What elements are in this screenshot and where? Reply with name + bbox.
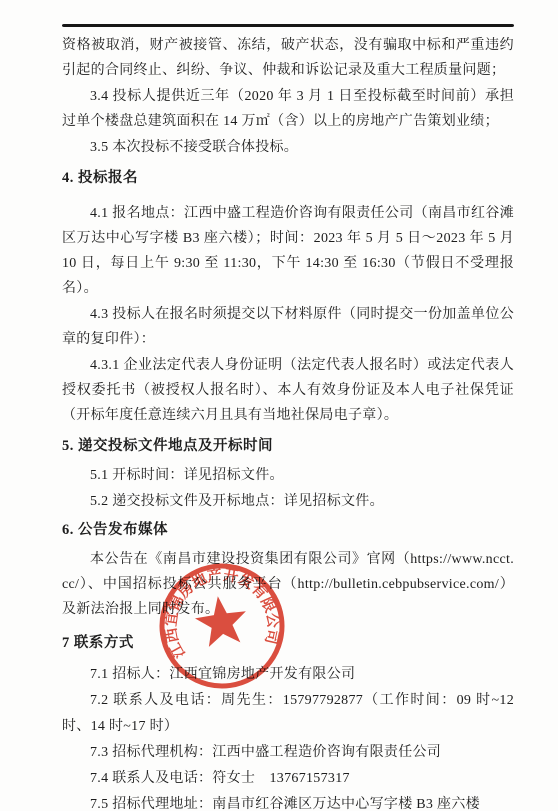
clause-7-2: 7.2 联系人及电话：周先生：15797792877（工作时间：09 时~12 …: [62, 688, 514, 740]
clause-4-3: 4.3 投标人在报名时须提交以下材料原件（同时提交一份加盖单位公章的复印件）：: [62, 302, 514, 352]
clause-4-1: 4.1 报名地点：江西中盛工程造价咨询有限责任公司（南昌市红谷滩区万达中心写字楼…: [62, 201, 514, 301]
clause-3-5: 3.5 本次投标不接受联合体投标。: [62, 135, 514, 160]
clause-7-3: 7.3 招标代理机构：江西中盛工程造价咨询有限责任公司: [62, 740, 514, 766]
clause-7-4: 7.4 联系人及电话：符女士 13767157317: [62, 766, 514, 792]
clause-7-1: 7.1 招标人：江西宜锦房地产开发有限公司: [62, 662, 514, 688]
clause-5-1: 5.1 开标时间：详见招标文件。: [62, 463, 514, 488]
page-top-rule: [62, 24, 514, 27]
clause-3-4: 3.4 投标人提供近三年（2020 年 3 月 1 日至投标截至时间前）承担过单…: [62, 84, 514, 134]
clause-7-5: 7.5 招标代理地址：南昌市红谷滩区万达中心写字楼 B3 座六楼: [62, 792, 514, 811]
document-page: 资格被取消，财产被接管、冻结，破产状态，没有骗取中标和严重违约引起的合同终止、纠…: [0, 0, 558, 811]
announcement-media-paragraph: 本公告在《南昌市建设投资集团有限公司》官网（https://www.ncct.c…: [62, 547, 514, 622]
section-4-heading: 4. 投标报名: [62, 166, 514, 191]
clause-5-2: 5.2 递交投标文件及开标地点：详见招标文件。: [62, 489, 514, 514]
clause-4-3-1: 4.3.1 企业法定代表人身份证明（法定代表人报名时）或法定代表人授权委托书（被…: [62, 353, 514, 428]
section-6-heading: 6. 公告发布媒体: [62, 518, 514, 543]
section-5-heading: 5. 递交投标文件地点及开标时间: [62, 434, 514, 459]
section-7-heading: 7 联系方式: [62, 631, 514, 656]
paragraph-continuation: 资格被取消，财产被接管、冻结，破产状态，没有骗取中标和严重违约引起的合同终止、纠…: [62, 33, 514, 83]
